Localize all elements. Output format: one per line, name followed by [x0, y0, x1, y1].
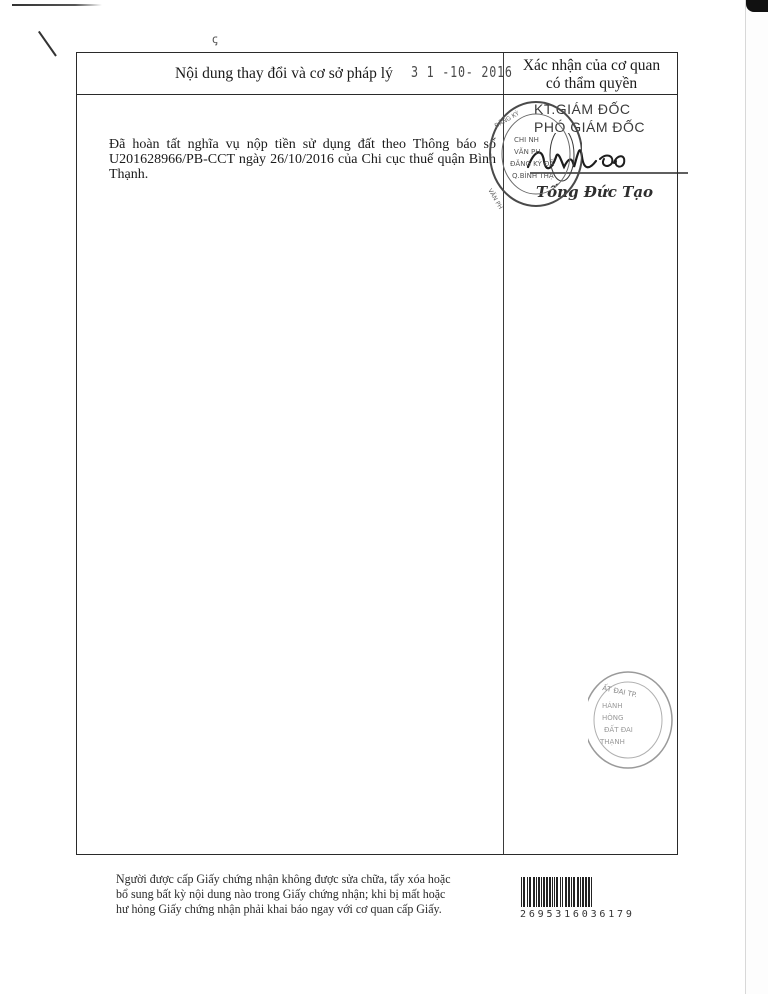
- svg-text:ĐĂNG KÝ ĐẤ: ĐĂNG KÝ ĐẤ: [510, 158, 554, 168]
- change-entry-text: Đã hoàn tất nghĩa vụ nộp tiền sử dụng đấ…: [109, 137, 496, 182]
- svg-text:VĂN PH: VĂN PH: [486, 188, 503, 211]
- certificate-barcode: 2695316036179: [520, 877, 640, 920]
- svg-text:CHI NH: CHI NH: [514, 136, 539, 144]
- svg-text:Q.BÌNH THẠ: Q.BÌNH THẠ: [512, 171, 554, 180]
- header-changes-title: Nội dung thay đổi và cơ sở pháp lý: [175, 65, 393, 83]
- official-seal-icon: CHI NH VĂN PH ĐĂNG KÝ ĐẤ Q.BÌNH THẠ ĐĂNG…: [482, 98, 582, 210]
- svg-text:HÒNG: HÒNG: [602, 713, 623, 722]
- svg-text:ĐẤT ĐAI: ĐẤT ĐAI: [604, 724, 633, 734]
- date-stamp: 3 1 -10- 2016: [411, 63, 513, 81]
- svg-text:HÁNH: HÁNH: [602, 701, 623, 710]
- svg-text:ẤT ĐAI TP.: ẤT ĐAI TP.: [602, 682, 639, 699]
- scan-edge-right: [745, 0, 768, 994]
- scan-edge-top: [12, 4, 102, 6]
- barcode-number: 2695316036179: [520, 909, 640, 920]
- svg-text:THẠNH: THẠNH: [599, 738, 625, 746]
- table-header-row: Nội dung thay đổi và cơ sở pháp lý 3 1 -…: [77, 53, 677, 95]
- stray-pen-mark: [38, 31, 57, 57]
- footer-legal-notice: Người được cấp Giấy chứng nhận không đượ…: [116, 871, 456, 916]
- header-cell-certification: Xác nhận của cơ quan có thẩm quyền: [504, 53, 679, 95]
- svg-text:VĂN PH: VĂN PH: [514, 147, 541, 156]
- barcode-icon: [520, 877, 640, 907]
- header-cell-changes: Nội dung thay đổi và cơ sở pháp lý 3 1 -…: [77, 53, 503, 95]
- stray-mark-glyph: ꞔ: [212, 30, 218, 47]
- faded-seal-icon: ẤT ĐAI TP. HÁNH HÒNG ĐẤT ĐAI THẠNH: [588, 668, 684, 772]
- header-certification-title-line1: Xác nhận của cơ quan: [504, 57, 679, 75]
- header-certification-title-line2: có thẩm quyền: [504, 75, 679, 93]
